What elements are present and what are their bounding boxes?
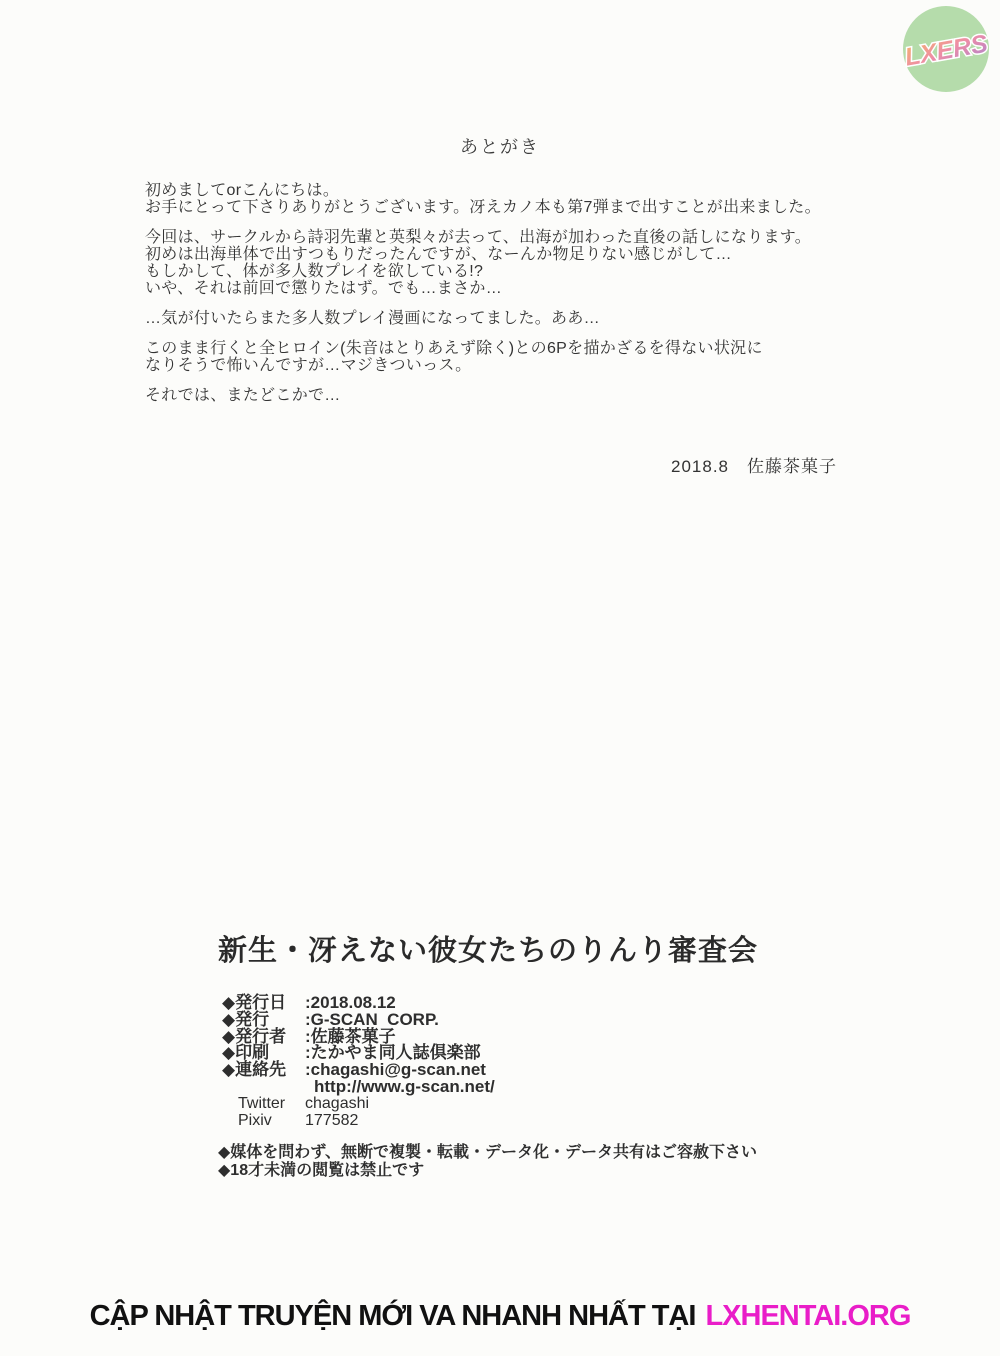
- afterword-paragraph: 初めましてorこんにちは。 お手にとって下さりありがとうございます。冴えカノ本も…: [145, 182, 865, 216]
- afterword-line: もしかして、体が多人数プレイを欲している!?: [145, 263, 865, 280]
- age-restriction-notice: ◆18才未満の閲覧は禁止です: [218, 1162, 818, 1180]
- banner-text: CẬP NHẬT TRUYỆN MỚI VA NHANH NHẤT TẠI: [90, 1300, 696, 1332]
- afterword-paragraph: それでは、またどこかで…: [145, 387, 865, 404]
- no-reproduction-notice: ◆媒体を問わず、無断で複製・転載・データ化・データ共有はご容赦下さい: [218, 1144, 818, 1162]
- colophon-notices: ◆媒体を問わず、無断で複製・転載・データ化・データ共有はご容赦下さい ◆18才未…: [218, 1144, 818, 1179]
- book-title: 新生・冴えない彼女たちのりんり審査会: [218, 928, 818, 969]
- afterword-line: それでは、またどこかで…: [145, 387, 865, 404]
- website-url-text: http://www.g-scan.net/: [305, 1079, 495, 1096]
- twitter-handle: chagashi: [305, 1096, 369, 1113]
- twitter-label: Twitter: [222, 1096, 305, 1113]
- site-banner: CẬP NHẬT TRUYỆN MỚI VA NHANH NHẤT TẠILXH…: [0, 1300, 1000, 1333]
- lxers-watermark-badge: LXERS: [903, 6, 989, 92]
- afterword-line: このまま行くと全ヒロイン(朱音はとりあえず除く)との6Pを描かざるを得ない状況に: [145, 340, 865, 357]
- afterword-line: …気が付いたらまた多人数プレイ漫画になってました。ああ…: [145, 310, 865, 327]
- afterword-line: 今回は、サークルから詩羽先輩と英梨々が去って、出海が加わった直後の話しになります…: [145, 229, 865, 246]
- colophon-label: ◆連絡先: [222, 1062, 305, 1079]
- pixiv-label: Pixiv: [222, 1113, 305, 1130]
- colophon-row-pixiv: Pixiv 177582: [222, 1113, 818, 1130]
- author-signature: 2018.8 佐藤茶菓子: [671, 452, 837, 477]
- afterword-line: いや、それは前回で懲りたはず。でも…まさか…: [145, 280, 865, 297]
- colophon-row-twitter: Twitter chagashi: [222, 1096, 818, 1113]
- colophon: 新生・冴えない彼女たちのりんり審査会 ◆発行日 :2018.08.12 ◆発行 …: [218, 928, 818, 1179]
- colophon-rows: ◆発行日 :2018.08.12 ◆発行 :G-SCAN CORP. ◆発行者 …: [218, 995, 818, 1129]
- afterword-title: あとがき: [0, 133, 1000, 159]
- colophon-label: [222, 1079, 305, 1096]
- scanned-page: LXERS あとがき 初めましてorこんにちは。 お手にとって下さりありがとうご…: [0, 0, 1000, 1356]
- afterword-line: 初めましてorこんにちは。: [145, 182, 865, 199]
- afterword-line: 初めは出海単体で出すつもりだったんですが、なーんか物足りない感じがして…: [145, 246, 865, 263]
- pixiv-id: 177582: [305, 1113, 358, 1130]
- colophon-row-website: http://www.g-scan.net/: [222, 1079, 818, 1096]
- colophon-row-contact-email: ◆連絡先 :chagashi@g-scan.net: [222, 1062, 818, 1079]
- afterword-line: お手にとって下さりありがとうございます。冴えカノ本も第7弾まで出すことが出来まし…: [145, 199, 865, 216]
- afterword-body: 初めましてorこんにちは。 お手にとって下さりありがとうございます。冴えカノ本も…: [145, 182, 865, 417]
- lxers-logo-icon: LXERS: [903, 6, 989, 92]
- afterword-paragraph: 今回は、サークルから詩羽先輩と英梨々が去って、出海が加わった直後の話しになります…: [145, 229, 865, 297]
- afterword-line: なりそうで怖いんですが…マジきついっス。: [145, 357, 865, 374]
- afterword-paragraph: …気が付いたらまた多人数プレイ漫画になってました。ああ…: [145, 310, 865, 327]
- site-name: LXHENTAI.ORG: [705, 1300, 910, 1332]
- afterword-paragraph: このまま行くと全ヒロイン(朱音はとりあえず除く)との6Pを描かざるを得ない状況に…: [145, 340, 865, 374]
